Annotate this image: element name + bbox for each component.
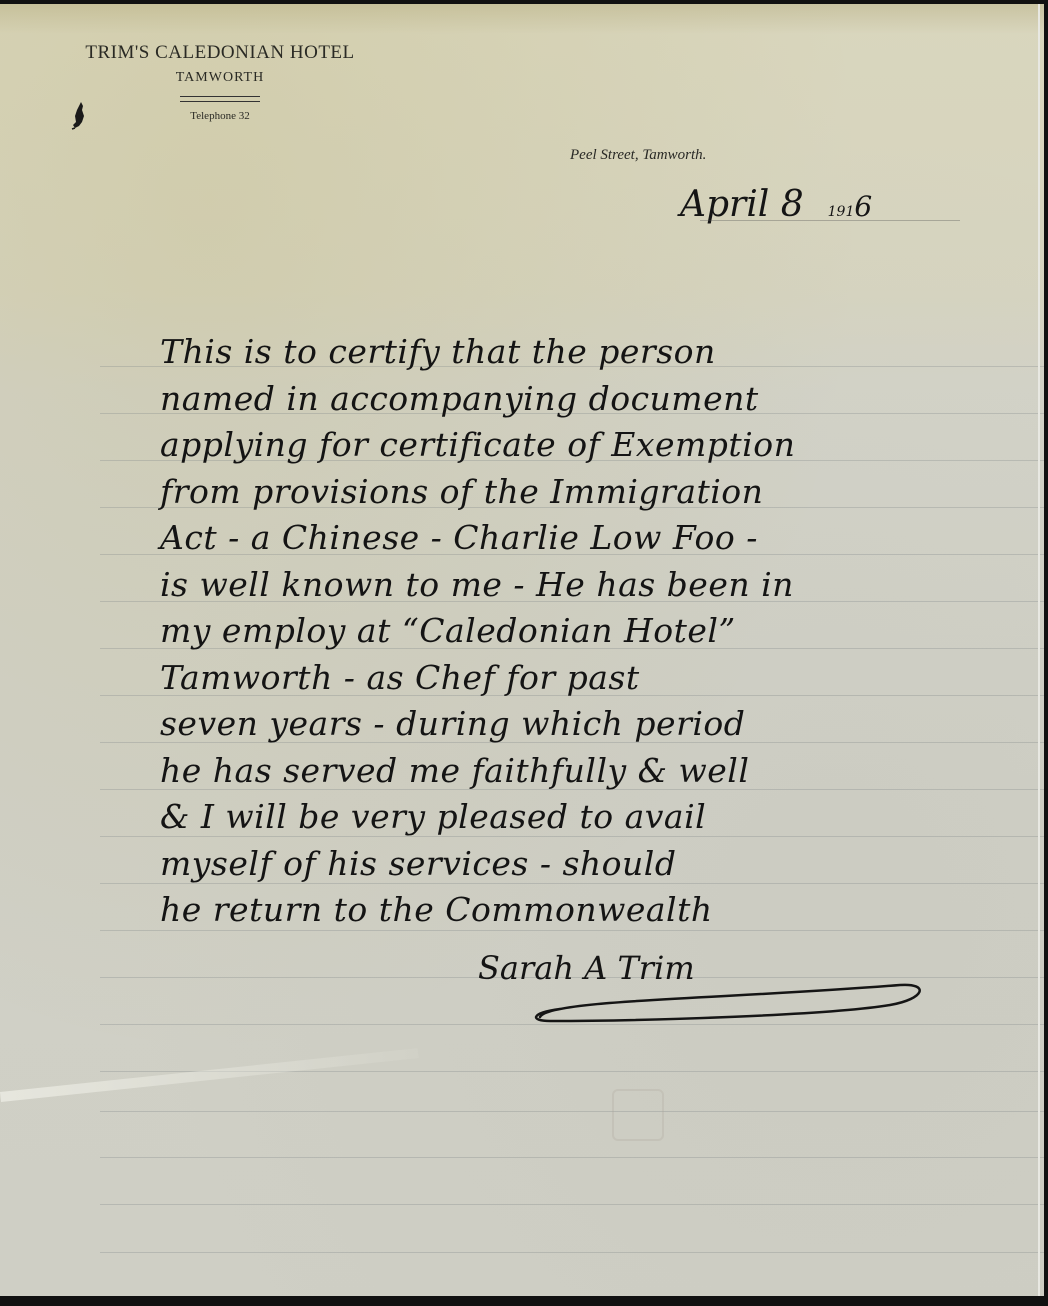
ruled-line — [100, 1252, 1044, 1253]
body-line: Tamworth - as Chef for past — [160, 655, 1020, 702]
body-line: & I will be very pleased to avail — [160, 794, 1020, 841]
body-line: my employ at “Caledonian Hotel” — [160, 608, 1020, 655]
letter-body: This is to certify that the person named… — [160, 329, 1020, 934]
hotel-telephone: Telephone 32 — [40, 110, 400, 122]
hotel-town: TAMWORTH — [40, 70, 400, 86]
date-underline — [700, 220, 960, 221]
body-line: myself of his services - should — [160, 841, 1020, 888]
signature-flourish-icon — [530, 969, 930, 1029]
body-line: seven years - during which period — [160, 701, 1020, 748]
letterhead-divider — [180, 96, 260, 102]
body-line: This is to certify that the person — [160, 329, 1020, 376]
letterhead-address: Peel Street, Tamworth. — [570, 147, 706, 164]
body-line: Act - a Chinese - Charlie Low Foo - — [160, 515, 1020, 562]
ruled-line — [100, 1111, 1044, 1112]
body-line: he has served me faithfully & well — [160, 748, 1020, 795]
date-year-prefix: 191 — [828, 204, 855, 220]
body-line: applying for certificate of Exemption — [160, 422, 1020, 469]
date-month-day: April 8 — [680, 184, 804, 225]
letterhead: TRIM'S CALEDONIAN HOTEL TAMWORTH Telepho… — [40, 42, 400, 122]
kangaroo-emblem-icon — [70, 100, 88, 130]
letter-paper: TRIM'S CALEDONIAN HOTEL TAMWORTH Telepho… — [0, 4, 1044, 1296]
ruled-line — [100, 1157, 1044, 1158]
letter-date: April 81916 — [680, 184, 872, 225]
scan-frame: TRIM'S CALEDONIAN HOTEL TAMWORTH Telepho… — [0, 0, 1048, 1306]
date-year-suffix: 6 — [854, 190, 872, 223]
hotel-name: TRIM'S CALEDONIAN HOTEL — [40, 42, 400, 64]
body-line: is well known to me - He has been in — [160, 562, 1020, 609]
ruled-line — [100, 1071, 1044, 1072]
body-line: he return to the Commonwealth — [160, 887, 1020, 934]
body-line: from provisions of the Immigration — [160, 469, 1020, 516]
paper-edge — [1038, 4, 1040, 1296]
body-line: named in accompanying document — [160, 376, 1020, 423]
ruled-line — [100, 1204, 1044, 1205]
paper-stain — [612, 1089, 664, 1141]
